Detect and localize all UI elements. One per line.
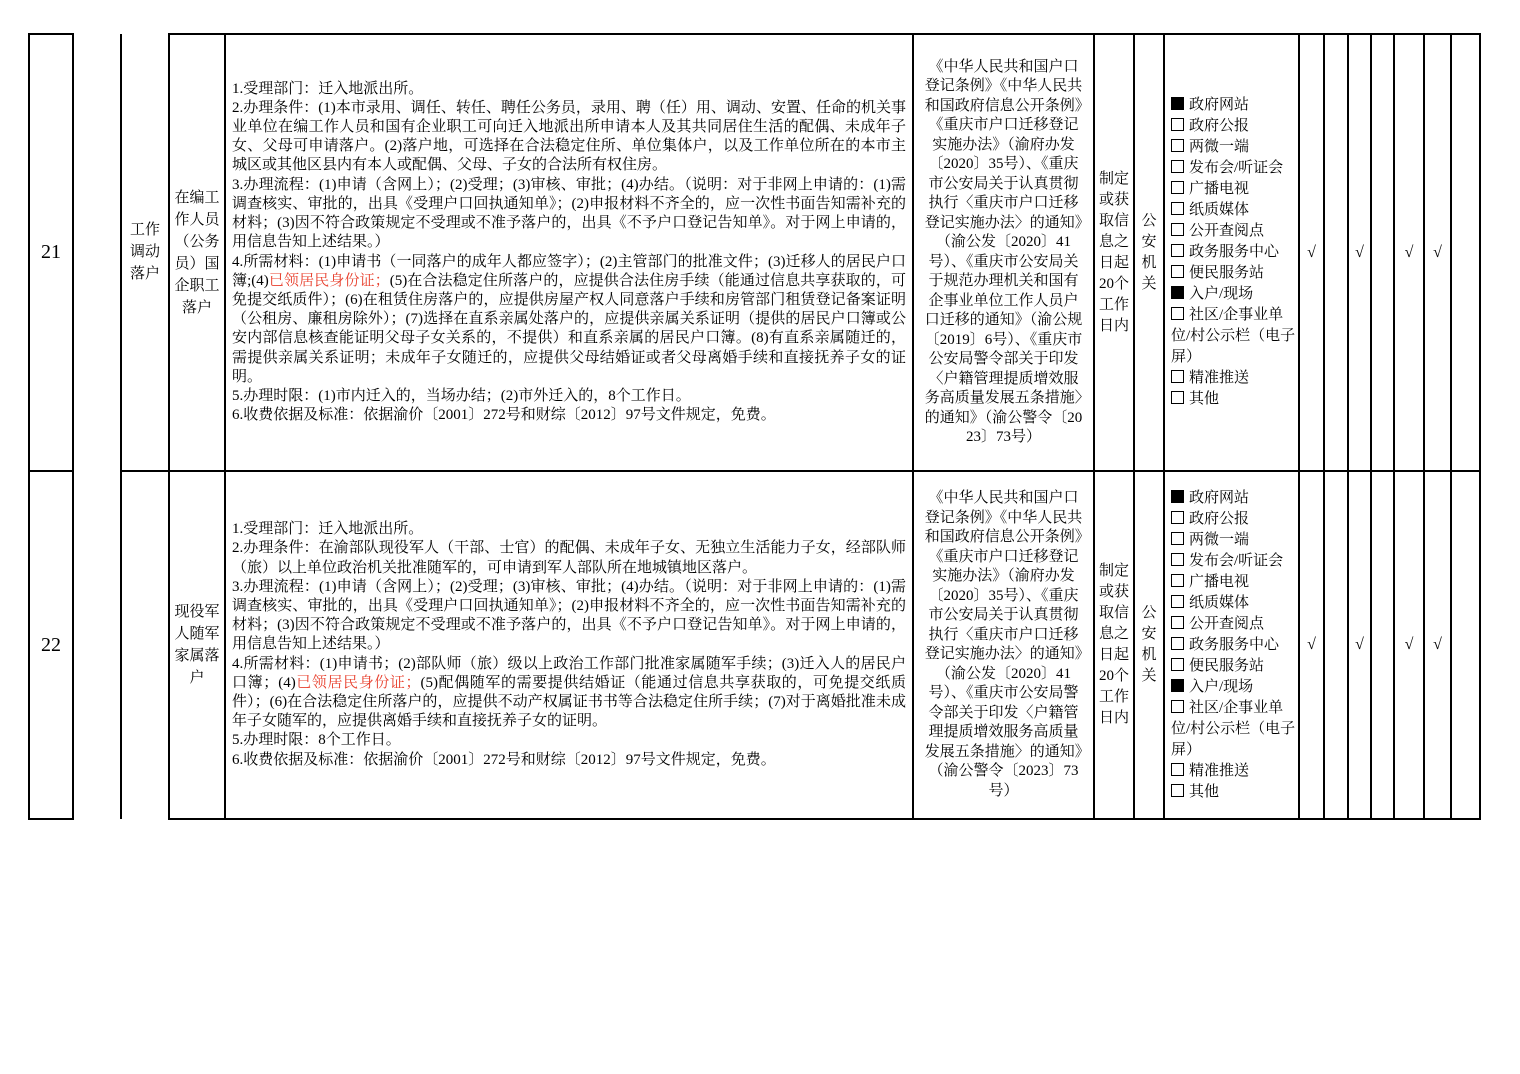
text-segment: 3.办理流程：(1)申请（含网上）；(2)受理；(3)审核、审批；(4)办结。（… bbox=[232, 177, 906, 251]
channel-label: 公开查阅点 bbox=[1189, 616, 1264, 632]
channel-item: 政务服务中心 bbox=[1171, 242, 1296, 263]
checkbox-unchecked-icon bbox=[1171, 370, 1184, 383]
channel-label: 政务服务中心 bbox=[1189, 637, 1279, 653]
check-cell bbox=[1451, 471, 1480, 819]
channel-item: 社区/企事业单位/村公示栏（电子屏） bbox=[1171, 698, 1296, 761]
text-segment: 5.办理时限：(1)市内迁入的，当场办结；(2)市外迁入的，8个工作日。 bbox=[232, 388, 691, 404]
channel-label: 政府网站 bbox=[1189, 490, 1249, 506]
category-cell: 现役军人随军家属落户 bbox=[169, 471, 225, 819]
check-cell: √ bbox=[1424, 471, 1451, 819]
check-cell: √ bbox=[1394, 471, 1424, 819]
checkbox-unchecked-icon bbox=[1171, 391, 1184, 404]
check-cell bbox=[1371, 471, 1394, 819]
channel-item: 广播电视 bbox=[1171, 179, 1296, 200]
channel-label: 政府公报 bbox=[1189, 511, 1249, 527]
text-segment: 2.办理条件：(1)本市录用、调任、转任、聘任公务员，录用、聘（任）用、调动、安… bbox=[232, 100, 906, 174]
procedure-item: 6.收费依据及标准：依据渝价〔2001〕272号和财综〔2012〕97号文件规定… bbox=[232, 751, 906, 770]
channel-label: 入户/现场 bbox=[1189, 679, 1253, 695]
checkbox-unchecked-icon bbox=[1171, 202, 1184, 215]
checkbox-unchecked-icon bbox=[1171, 574, 1184, 587]
text-segment: 5.办理时限：8个工作日。 bbox=[232, 732, 401, 748]
checkbox-unchecked-icon bbox=[1171, 637, 1184, 650]
channel-label: 两微一端 bbox=[1189, 139, 1249, 155]
table-row: 21 工作调动落户 在编工作人员（公务员）国企职工落户 1.受理部门：迁入地派出… bbox=[29, 34, 1480, 471]
procedure-item: 4.所需材料：(1)申请书；(2)部队师（旅）级以上政治工作部门批准家属随军手续… bbox=[232, 655, 906, 732]
check-cell: √ bbox=[1299, 471, 1324, 819]
checkbox-checked-icon bbox=[1171, 97, 1184, 110]
channel-label: 精准推送 bbox=[1189, 763, 1249, 779]
procedures-table: 21 工作调动落户 在编工作人员（公务员）国企职工落户 1.受理部门：迁入地派出… bbox=[28, 33, 1481, 820]
channel-item: 公开查阅点 bbox=[1171, 221, 1296, 242]
channel-item: 其他 bbox=[1171, 782, 1296, 803]
checkbox-unchecked-icon bbox=[1171, 532, 1184, 545]
channel-item: 发布会/听证会 bbox=[1171, 551, 1296, 572]
channel-label: 其他 bbox=[1189, 784, 1219, 800]
text-segment: 1.受理部门：迁入地派出所。 bbox=[232, 81, 423, 97]
procedure-item: 5.办理时限：8个工作日。 bbox=[232, 731, 906, 750]
check-cell bbox=[1451, 34, 1480, 471]
channel-label: 政府公报 bbox=[1189, 118, 1249, 134]
channel-label: 广播电视 bbox=[1189, 574, 1249, 590]
time-limit: 制定或获取信息之日起20个工作日内 bbox=[1094, 34, 1134, 471]
channel-label: 便民服务站 bbox=[1189, 265, 1264, 281]
checkbox-checked-icon bbox=[1171, 490, 1184, 503]
checkbox-unchecked-icon bbox=[1171, 511, 1184, 524]
highlighted-text: 已领居民身份证； bbox=[296, 675, 421, 691]
checkbox-unchecked-icon bbox=[1171, 784, 1184, 797]
text-segment: 6.收费依据及标准：依据渝价〔2001〕272号和财综〔2012〕97号文件规定… bbox=[232, 752, 776, 768]
channel-item: 政务服务中心 bbox=[1171, 635, 1296, 656]
channel-item: 政府公报 bbox=[1171, 509, 1296, 530]
channel-label: 两微一端 bbox=[1189, 532, 1249, 548]
channel-item: 入户/现场 bbox=[1171, 284, 1296, 305]
channel-item: 政府网站 bbox=[1171, 488, 1296, 509]
checkbox-unchecked-icon bbox=[1171, 181, 1184, 194]
highlighted-text: 已领居民身份证； bbox=[269, 273, 390, 289]
procedure-item: 3.办理流程：(1)申请（含网上）；(2)受理；(3)审核、审批；(4)办结。（… bbox=[232, 578, 906, 655]
table-row: 22 现役军人随军家属落户 1.受理部门：迁入地派出所。2.办理条件：在渝部队现… bbox=[29, 471, 1480, 819]
check-cell bbox=[1324, 34, 1348, 471]
channel-item: 广播电视 bbox=[1171, 572, 1296, 593]
check-cell: √ bbox=[1424, 34, 1451, 471]
time-limit: 制定或获取信息之日起20个工作日内 bbox=[1094, 471, 1134, 819]
checkbox-unchecked-icon bbox=[1171, 160, 1184, 173]
channel-label: 社区/企事业单位/村公示栏（电子屏） bbox=[1171, 307, 1295, 365]
checkbox-unchecked-icon bbox=[1171, 118, 1184, 131]
channel-label: 其他 bbox=[1189, 391, 1219, 407]
checkbox-checked-icon bbox=[1171, 286, 1184, 299]
channel-item: 两微一端 bbox=[1171, 137, 1296, 158]
procedure-item: 3.办理流程：(1)申请（含网上）；(2)受理；(3)审核、审批；(4)办结。（… bbox=[232, 176, 906, 253]
procedure-item: 6.收费依据及标准：依据渝价〔2001〕272号和财综〔2012〕97号文件规定… bbox=[232, 406, 906, 425]
check-cell: √ bbox=[1299, 34, 1324, 471]
channel-item: 入户/现场 bbox=[1171, 677, 1296, 698]
check-cell bbox=[1324, 471, 1348, 819]
channel-label: 公开查阅点 bbox=[1189, 223, 1264, 239]
checkbox-unchecked-icon bbox=[1171, 658, 1184, 671]
group-cell bbox=[121, 471, 169, 819]
channel-label: 政府网站 bbox=[1189, 97, 1249, 113]
procedure-item: 4.所需材料：(1)申请书（一同落户的成年人都应签字）；(2)主管部门的批准文件… bbox=[232, 253, 906, 387]
agency: 公安机关 bbox=[1134, 471, 1164, 819]
channel-item: 政府公报 bbox=[1171, 116, 1296, 137]
text-segment: 1.受理部门：迁入地派出所。 bbox=[232, 521, 423, 537]
check-cell: √ bbox=[1348, 34, 1371, 471]
check-cell: √ bbox=[1348, 471, 1371, 819]
channel-label: 发布会/听证会 bbox=[1189, 160, 1283, 176]
text-segment: 6.收费依据及标准：依据渝价〔2001〕272号和财综〔2012〕97号文件规定… bbox=[232, 407, 776, 423]
channel-label: 纸质媒体 bbox=[1189, 595, 1249, 611]
publicity-channels-list: 政府网站政府公报两微一端发布会/听证会广播电视纸质媒体公开查阅点政务服务中心便民… bbox=[1164, 34, 1299, 471]
channel-label: 便民服务站 bbox=[1189, 658, 1264, 674]
procedure-content: 1.受理部门：迁入地派出所。2.办理条件：在渝部队现役军人（干部、士官）的配偶、… bbox=[225, 471, 913, 819]
checkbox-unchecked-icon bbox=[1171, 307, 1184, 320]
check-cell bbox=[1371, 34, 1394, 471]
channel-label: 政务服务中心 bbox=[1189, 244, 1279, 260]
channel-item: 发布会/听证会 bbox=[1171, 158, 1296, 179]
channel-item: 便民服务站 bbox=[1171, 656, 1296, 677]
legal-basis: 《中华人民共和国户口登记条例》《中华人民共和国政府信息公开条例》《重庆市户口迁移… bbox=[913, 471, 1094, 819]
channel-label: 纸质媒体 bbox=[1189, 202, 1249, 218]
channel-label: 发布会/听证会 bbox=[1189, 553, 1283, 569]
checkbox-unchecked-icon bbox=[1171, 763, 1184, 776]
channel-label: 入户/现场 bbox=[1189, 286, 1253, 302]
publicity-channels-list: 政府网站政府公报两微一端发布会/听证会广播电视纸质媒体公开查阅点政务服务中心便民… bbox=[1164, 471, 1299, 819]
channel-item: 纸质媒体 bbox=[1171, 200, 1296, 221]
text-segment: (5)在合法稳定住所落户的，应提供合法住房手续（能通过信息共享获取的，可免提交纸… bbox=[232, 273, 906, 385]
checkbox-unchecked-icon bbox=[1171, 616, 1184, 629]
channel-item: 纸质媒体 bbox=[1171, 593, 1296, 614]
channel-item: 社区/企事业单位/村公示栏（电子屏） bbox=[1171, 305, 1296, 368]
procedure-item: 2.办理条件：(1)本市录用、调任、转任、聘任公务员，录用、聘（任）用、调动、安… bbox=[232, 99, 906, 176]
channel-item: 精准推送 bbox=[1171, 761, 1296, 782]
channel-label: 精准推送 bbox=[1189, 370, 1249, 386]
procedure-item: 5.办理时限：(1)市内迁入的，当场办结；(2)市外迁入的，8个工作日。 bbox=[232, 387, 906, 406]
check-cell: √ bbox=[1394, 34, 1424, 471]
row-number: 22 bbox=[29, 471, 73, 819]
channel-item: 公开查阅点 bbox=[1171, 614, 1296, 635]
procedure-item: 2.办理条件：在渝部队现役军人（干部、士官）的配偶、未成年子女、无独立生活能力子… bbox=[232, 539, 906, 577]
procedure-item: 1.受理部门：迁入地派出所。 bbox=[232, 80, 906, 99]
checkbox-unchecked-icon bbox=[1171, 700, 1184, 713]
checkbox-unchecked-icon bbox=[1171, 265, 1184, 278]
text-segment: 2.办理条件：在渝部队现役军人（干部、士官）的配偶、未成年子女、无独立生活能力子… bbox=[232, 540, 906, 575]
agency: 公安机关 bbox=[1134, 34, 1164, 471]
checkbox-unchecked-icon bbox=[1171, 139, 1184, 152]
channel-item: 两微一端 bbox=[1171, 530, 1296, 551]
channel-item: 便民服务站 bbox=[1171, 263, 1296, 284]
text-segment: 3.办理流程：(1)申请（含网上）；(2)受理；(3)审核、审批；(4)办结。（… bbox=[232, 579, 906, 653]
checkbox-checked-icon bbox=[1171, 679, 1184, 692]
channel-item: 政府网站 bbox=[1171, 95, 1296, 116]
channel-item: 精准推送 bbox=[1171, 368, 1296, 389]
row-number: 21 bbox=[29, 34, 73, 471]
category-cell: 在编工作人员（公务员）国企职工落户 bbox=[169, 34, 225, 471]
procedure-content: 1.受理部门：迁入地派出所。2.办理条件：(1)本市录用、调任、转任、聘任公务员… bbox=[225, 34, 913, 471]
group-cell: 工作调动落户 bbox=[121, 34, 169, 471]
legal-basis: 《中华人民共和国户口登记条例》《中华人民共和国政府信息公开条例》《重庆市户口迁移… bbox=[913, 34, 1094, 471]
checkbox-unchecked-icon bbox=[1171, 223, 1184, 236]
channel-label: 广播电视 bbox=[1189, 181, 1249, 197]
checkbox-unchecked-icon bbox=[1171, 595, 1184, 608]
channel-item: 其他 bbox=[1171, 389, 1296, 410]
document-page: 21 工作调动落户 在编工作人员（公务员）国企职工落户 1.受理部门：迁入地派出… bbox=[0, 0, 1520, 1074]
checkbox-unchecked-icon bbox=[1171, 244, 1184, 257]
spacer-cell bbox=[73, 34, 121, 819]
procedure-item: 1.受理部门：迁入地派出所。 bbox=[232, 520, 906, 539]
checkbox-unchecked-icon bbox=[1171, 553, 1184, 566]
channel-label: 社区/企事业单位/村公示栏（电子屏） bbox=[1171, 700, 1295, 758]
